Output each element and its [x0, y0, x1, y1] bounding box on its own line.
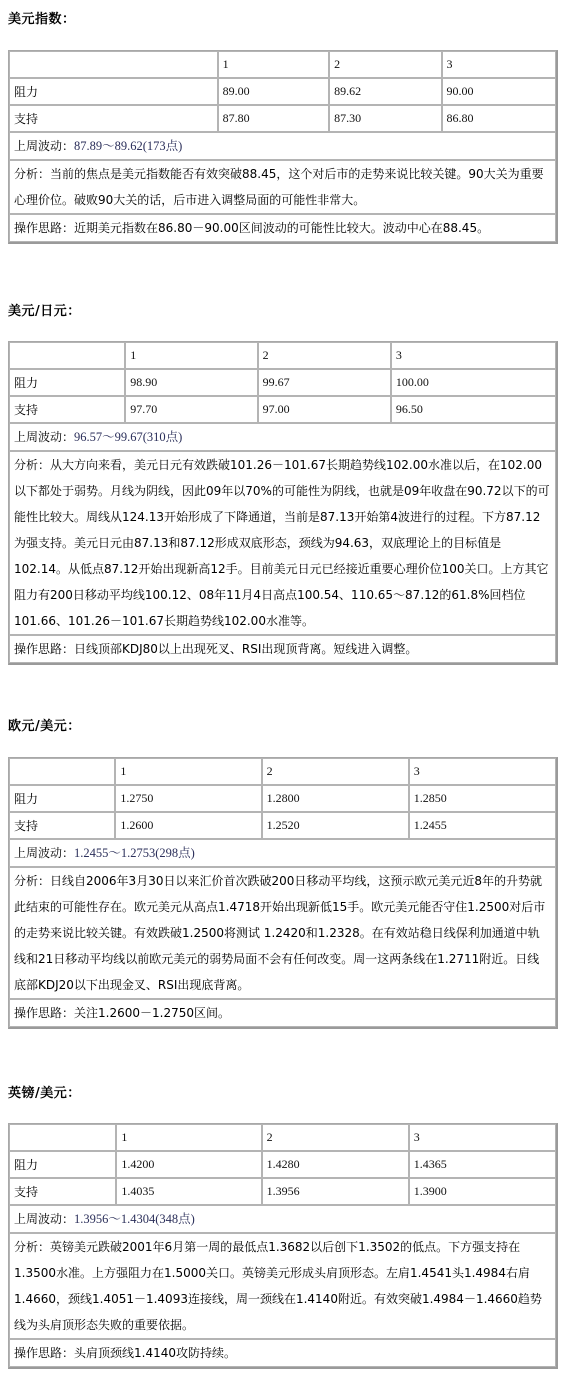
analysis-row: 分析：英镑美元跌破2001年6月第一周的最低点1.3682以后创下1.3502的… — [9, 1233, 556, 1339]
table-header-row: 1 2 3 — [9, 758, 556, 785]
row-label: 阻力 — [9, 369, 125, 396]
value-cell: 1.2455 — [409, 812, 556, 839]
value-cell: 97.70 — [125, 396, 257, 423]
resistance-row: 阻力 1.4200 1.4280 1.4365 — [9, 1151, 556, 1178]
analysis-text: 日线自2006年3月30日以来汇价首次跌破200日移动平均线，这预示欧元美元近8… — [14, 874, 545, 992]
row-label: 阻力 — [9, 78, 218, 105]
strategy-row: 操作思路：日线顶部KDJ80以上出现死叉、RSI出现顶背离。短线进入调整。 — [9, 635, 556, 663]
value-cell: 1.2750 — [115, 785, 261, 812]
last-week-value: 87.89～89.62(173点) — [74, 139, 182, 153]
strategy-label: 操作思路： — [14, 221, 74, 235]
eur-usd-table: 1 2 3 阻力 1.2750 1.2800 1.2850 支持 1.2600 … — [8, 757, 558, 1029]
table-header-row: 1 2 3 — [9, 1124, 556, 1151]
last-week-label: 上周波动： — [14, 846, 74, 860]
usd-jpy-table: 1 2 3 阻力 98.90 99.67 100.00 支持 97.70 97.… — [8, 341, 558, 665]
value-cell: 87.80 — [218, 105, 329, 132]
last-week-row: 上周波动：1.2455～1.2753(298点) — [9, 839, 556, 867]
strategy-text: 头肩顶颈线1.4140攻防持续。 — [74, 1346, 236, 1360]
strategy-text: 关注1.2600－1.2750区间。 — [74, 1006, 230, 1020]
row-label: 阻力 — [9, 1151, 116, 1178]
header-cell: 1 — [125, 342, 257, 369]
strategy-row: 操作思路：关注1.2600－1.2750区间。 — [9, 999, 556, 1027]
section-title-gbp-usd: 英镑/美元： — [8, 1082, 81, 1101]
value-cell: 1.4365 — [409, 1151, 556, 1178]
value-cell: 100.00 — [391, 369, 556, 396]
value-cell: 96.50 — [391, 396, 556, 423]
value-cell: 90.00 — [442, 78, 556, 105]
header-cell: 3 — [409, 1124, 556, 1151]
strategy-label: 操作思路： — [14, 642, 74, 656]
value-cell: 1.4200 — [116, 1151, 261, 1178]
last-week-label: 上周波动： — [14, 1212, 74, 1226]
strategy-text: 近期美元指数在86.80－90.00区间波动的可能性比较大。波动中心在88.45… — [74, 221, 489, 235]
analysis-label: 分析： — [14, 458, 50, 472]
header-cell — [9, 342, 125, 369]
gbp-usd-table: 1 2 3 阻力 1.4200 1.4280 1.4365 支持 1.4035 … — [8, 1123, 558, 1369]
header-cell: 3 — [409, 758, 556, 785]
row-label: 阻力 — [9, 785, 115, 812]
header-cell: 3 — [442, 51, 556, 78]
last-week-row: 上周波动：87.89～89.62(173点) — [9, 132, 556, 160]
section-title-usd-jpy: 美元/日元： — [8, 300, 81, 319]
section-title-eur-usd: 欧元/美元： — [8, 715, 81, 734]
support-row: 支持 97.70 97.00 96.50 — [9, 396, 556, 423]
last-week-label: 上周波动： — [14, 430, 74, 444]
last-week-label: 上周波动： — [14, 139, 74, 153]
value-cell: 89.00 — [218, 78, 329, 105]
last-week-row: 上周波动：96.57～99.67(310点) — [9, 423, 556, 451]
value-cell: 1.3900 — [409, 1178, 556, 1205]
value-cell: 1.2850 — [409, 785, 556, 812]
value-cell: 87.30 — [329, 105, 441, 132]
value-cell: 99.67 — [258, 369, 391, 396]
table-header-row: 1 2 3 — [9, 342, 556, 369]
row-label: 支持 — [9, 812, 115, 839]
strategy-label: 操作思路： — [14, 1346, 74, 1360]
value-cell: 1.4280 — [262, 1151, 409, 1178]
strategy-row: 操作思路：近期美元指数在86.80－90.00区间波动的可能性比较大。波动中心在… — [9, 214, 556, 242]
resistance-row: 阻力 89.00 89.62 90.00 — [9, 78, 556, 105]
header-cell: 2 — [258, 342, 391, 369]
header-cell: 3 — [391, 342, 556, 369]
support-row: 支持 87.80 87.30 86.80 — [9, 105, 556, 132]
strategy-row: 操作思路：头肩顶颈线1.4140攻防持续。 — [9, 1339, 556, 1367]
value-cell: 89.62 — [329, 78, 441, 105]
value-cell: 1.2520 — [262, 812, 409, 839]
analysis-row: 分析：当前的焦点是美元指数能否有效突破88.45，这个对后市的走势来说比较关键。… — [9, 160, 556, 214]
last-week-row: 上周波动：1.3956～1.4304(348点) — [9, 1205, 556, 1233]
resistance-row: 阻力 1.2750 1.2800 1.2850 — [9, 785, 556, 812]
header-cell — [9, 758, 115, 785]
strategy-text: 日线顶部KDJ80以上出现死叉、RSI出现顶背离。短线进入调整。 — [74, 642, 417, 656]
analysis-text: 当前的焦点是美元指数能否有效突破88.45，这个对后市的走势来说比较关键。90大… — [14, 167, 544, 207]
row-label: 支持 — [9, 105, 218, 132]
value-cell: 1.4035 — [116, 1178, 261, 1205]
header-cell: 2 — [329, 51, 441, 78]
value-cell: 1.3956 — [262, 1178, 409, 1205]
header-cell: 2 — [262, 758, 409, 785]
strategy-label: 操作思路： — [14, 1006, 74, 1020]
value-cell: 86.80 — [442, 105, 556, 132]
header-cell: 2 — [262, 1124, 409, 1151]
support-row: 支持 1.2600 1.2520 1.2455 — [9, 812, 556, 839]
section-title-usd-index: 美元指数： — [8, 8, 76, 27]
analysis-row: 分析：从大方向来看，美元日元有效跌破101.26－101.67长期趋势线102.… — [9, 451, 556, 635]
table-header-row: 1 2 3 — [9, 51, 556, 78]
support-row: 支持 1.4035 1.3956 1.3900 — [9, 1178, 556, 1205]
row-label: 支持 — [9, 1178, 116, 1205]
value-cell: 1.2800 — [262, 785, 409, 812]
analysis-row: 分析：日线自2006年3月30日以来汇价首次跌破200日移动平均线，这预示欧元美… — [9, 867, 556, 999]
header-cell — [9, 1124, 116, 1151]
row-label: 支持 — [9, 396, 125, 423]
analysis-text: 从大方向来看，美元日元有效跌破101.26－101.67长期趋势线102.00水… — [14, 458, 550, 628]
header-cell: 1 — [116, 1124, 261, 1151]
analysis-label: 分析： — [14, 167, 50, 181]
value-cell: 98.90 — [125, 369, 257, 396]
value-cell: 97.00 — [258, 396, 391, 423]
usd-index-table: 1 2 3 阻力 89.00 89.62 90.00 支持 87.80 87.3… — [8, 50, 558, 244]
analysis-text: 英镑美元跌破2001年6月第一周的最低点1.3682以后创下1.3502的低点。… — [14, 1240, 542, 1332]
last-week-value: 1.3956～1.4304(348点) — [74, 1212, 195, 1226]
last-week-value: 1.2455～1.2753(298点) — [74, 846, 195, 860]
resistance-row: 阻力 98.90 99.67 100.00 — [9, 369, 556, 396]
header-cell: 1 — [218, 51, 329, 78]
value-cell: 1.2600 — [115, 812, 261, 839]
analysis-label: 分析： — [14, 874, 50, 888]
header-cell: 1 — [115, 758, 261, 785]
analysis-label: 分析： — [14, 1240, 50, 1254]
last-week-value: 96.57～99.67(310点) — [74, 430, 182, 444]
header-cell — [9, 51, 218, 78]
